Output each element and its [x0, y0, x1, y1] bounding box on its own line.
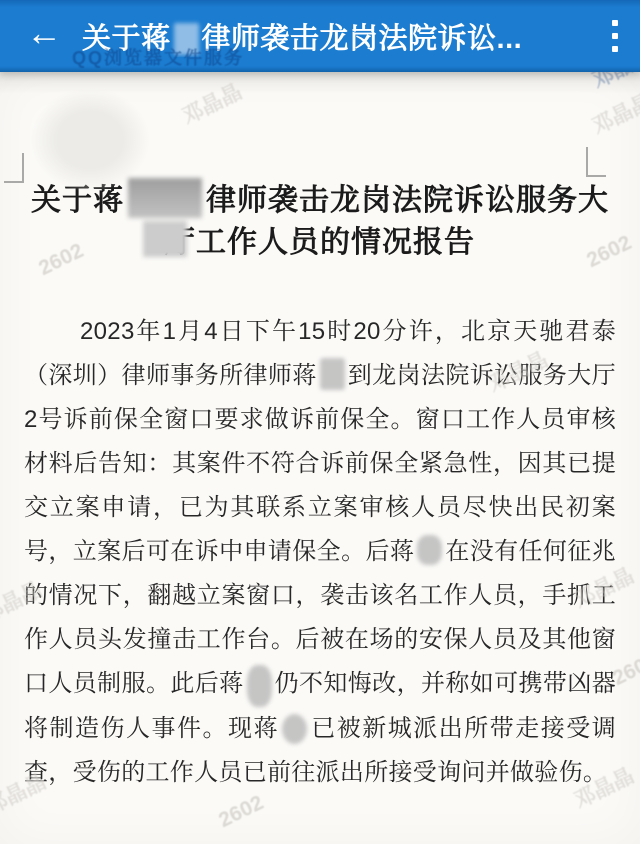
redacted-name-blur — [320, 358, 345, 390]
redacted-name-blur — [282, 714, 307, 744]
body-seg-2: 到龙岗法院诉讼服务大厅2号诉前保全窗口要求做诉前保全。窗口工作人员审核材料后告知… — [24, 362, 616, 565]
document-title: 关于蒋律师袭击龙岗法院诉讼服务大厅工作人员的情况报告 — [20, 178, 620, 264]
back-arrow-icon[interactable]: ← — [26, 15, 62, 51]
app-bar-title-after: 律师袭击龙岗法院诉讼... — [202, 23, 523, 55]
page-corner-mark-left — [4, 153, 24, 183]
document-viewport[interactable]: 关于蒋律师袭击龙岗法院诉讼服务大厅工作人员的情况报告 2023年1月4日下午15… — [0, 72, 640, 844]
redacted-name-blur — [417, 535, 442, 565]
doc-title-after: 律师袭击龙岗法院诉讼服务大厅工作人员的情况报告 — [165, 184, 609, 259]
overflow-menu-icon[interactable] — [608, 16, 622, 56]
redacted-name-blur — [247, 665, 272, 707]
app-bar: ← 关于蒋律师袭击龙岗法院诉讼... QQ浏览器文件服务 — [0, 0, 640, 72]
page-corner-mark-right — [586, 147, 606, 177]
document-body-paragraph: 2023年1月4日下午15时20分许，北京天驰君泰（深圳）律师事务所律师蒋到龙岗… — [24, 310, 616, 795]
phone-screen: ← 关于蒋律师袭击龙岗法院诉讼... QQ浏览器文件服务 关于蒋律师袭击龙岗法院… — [0, 0, 640, 844]
qq-browser-service-watermark: QQ浏览器文件服务 — [72, 44, 244, 70]
page-indicator-bubble — [30, 88, 150, 192]
redacted-name-blur — [128, 178, 202, 218]
